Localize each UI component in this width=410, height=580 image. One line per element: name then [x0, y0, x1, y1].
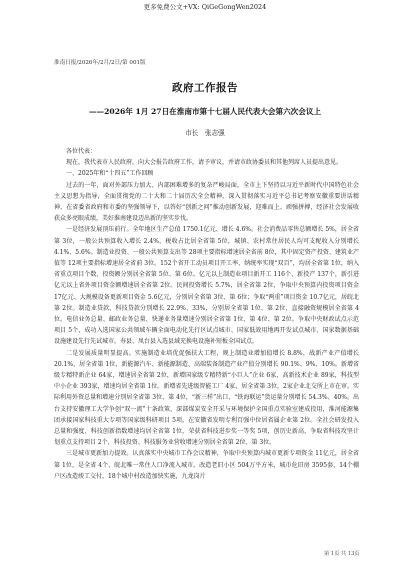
paragraph-urban-renewal: 三是城市更新加力提效。认真落实中央城市工作会议精神，争取中央预算内城市更新专项资…: [54, 448, 359, 482]
document-author: 市长 张志强: [0, 127, 410, 137]
page-indicator: 第 1页 共 13页: [324, 550, 360, 557]
paragraph-review: 过去的一年，面对外部压力加大、内部困难增多的复杂严峻局面，全市上下坚持以习近平新…: [54, 180, 359, 225]
paragraph-quality: 二是发展质量明显提高。实施制造业培优促强扶大工程，规上制造业增加值增长 8.8%…: [54, 348, 359, 449]
section-heading: 一、2025年和“十四五”工作回顾: [54, 168, 359, 179]
paragraph-economy: 一是经济发展顶压前行。全年地区生产总值 1750.1亿元、增长 4.6%。社会消…: [54, 224, 359, 347]
document-body: 各位代表： 现在，我代表市人民政府，向大会报告政府工作，请予审议，并请市政协委员…: [54, 146, 359, 482]
watermark-text: 更多免费公文+VX: QiGeGongWen2024: [0, 2, 410, 11]
source-line: 淮南日报/2026年/2月/2日/第 001版: [54, 58, 146, 66]
paragraph-intro: 现在，我代表市人民政府，向大会报告政府工作，请予审议，并请市政协委员和其他列席人…: [54, 157, 359, 168]
document-subtitle: ——2026年 1月 27日在淮南市第十七届人民代表大会第六次会议上: [0, 106, 410, 117]
document-title: 政府工作报告: [0, 80, 410, 95]
salutation: 各位代表：: [54, 146, 359, 157]
